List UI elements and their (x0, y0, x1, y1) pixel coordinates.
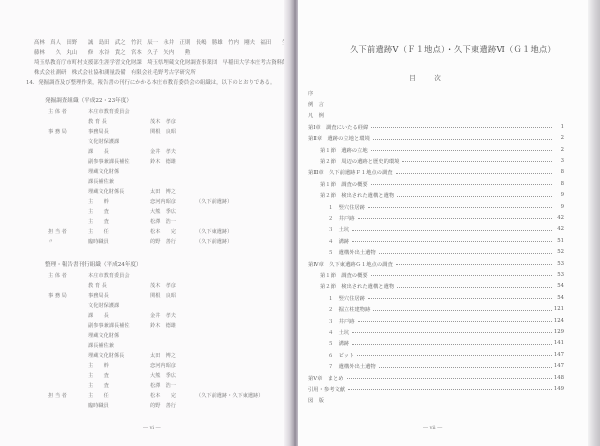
org-title: 副参事兼課長補佐 (88, 322, 130, 329)
org-role: 担 当 者 (48, 392, 67, 399)
toc-entry-label: ３ 井戸跡 (328, 317, 356, 325)
org-name: 的野 善行 (150, 402, 176, 409)
toc-entry-label: ５ 溝跡 (328, 339, 350, 347)
toc-entry-label: １ 竪穴住居跡 (328, 294, 366, 302)
org-title: 副参事兼課長補佐 (88, 158, 130, 165)
paragraph-line: 株式会社測研 株式会社協和測量設備 有限会社毛野考古学研究所 (34, 70, 196, 77)
org-name: 恋河内昭彦 (150, 362, 176, 369)
toc-entry-label: 第Ⅴ章 まとめ (308, 374, 345, 382)
page-number: ― vii ― (423, 425, 442, 431)
org-note: （久下東遺跡） (196, 228, 232, 235)
toc-leader-dots (368, 298, 552, 299)
org-name: 茂木 孝彦 (150, 282, 176, 289)
toc-entry[interactable]: ５ 溝跡141 (328, 339, 564, 348)
org-title: 課長補佐兼 (88, 342, 114, 349)
toc-entry[interactable]: ７ 遺構外出土遺物147 (328, 362, 564, 371)
toc-entry-label: 第２節 検出された遺構と遺物 (320, 191, 395, 199)
toc-entry[interactable]: １ 竪穴住居跡9 (328, 202, 564, 211)
toc-entry[interactable]: 第Ⅲ章 久下前遺跡Ｆ１地点の調査8 (308, 168, 564, 177)
toc-entry[interactable]: 引用・参考文献149 (308, 384, 564, 393)
toc-leader-dots (347, 378, 552, 379)
toc-entry-label: １ 竪穴住居跡 (328, 203, 366, 211)
toc-leader-dots (358, 321, 552, 322)
toc-entry-page: 129 (554, 329, 564, 335)
org-title: 主 査 (88, 208, 109, 215)
toc-entry[interactable]: ３ 井戸跡124 (328, 316, 564, 325)
toc-entry-label: 第２節 周辺の遺跡と歴史的環境 (320, 157, 400, 165)
toc-entry[interactable]: ２ 掘立柱建物跡121 (328, 305, 564, 314)
org-title: 臨時職員 (88, 238, 109, 245)
toc-entry[interactable]: 第Ⅳ章 久下東遺跡Ｇ１地点の調査53 (308, 259, 564, 268)
org-title: 事務局長 (88, 292, 109, 299)
toc-leader-dots (358, 218, 553, 219)
toc-leader-dots (373, 310, 551, 311)
toc-leader-dots (397, 287, 552, 288)
left-page: 髙林 真人 田野 誠 島田 武之 竹沢 辰一 永井 正則 長嶋 勝雄 竹内 剛夫… (0, 0, 290, 446)
org-name: 鈴木 德雄 (150, 322, 176, 329)
toc-entry[interactable]: 第２節 検出された遺構と遺物9 (320, 191, 564, 200)
org-title: 主 査 (88, 382, 109, 389)
org-title: 課 長 (88, 312, 109, 319)
toc-heading: 目 次 (298, 73, 558, 82)
toc-leader-dots (373, 139, 552, 140)
toc-entry-label: ２ 井戸跡 (328, 214, 356, 222)
org-title: 主 任 (88, 392, 109, 399)
toc-entry-page: 9 (554, 192, 564, 198)
toc-leader-dots (357, 355, 552, 356)
org-name: 金井 孝夫 (150, 312, 176, 319)
toc-entry[interactable]: 第２節 周辺の遺跡と歴史的環境3 (320, 156, 564, 165)
toc-entry-page: 51 (554, 238, 564, 244)
org-name: 太田 博之 (150, 188, 176, 195)
toc-entry-label: ４ 土坑 (328, 328, 350, 336)
org-name: 恋河内昭彦 (150, 198, 176, 205)
toc-entry[interactable]: ４ 溝跡51 (328, 236, 564, 245)
toc-entry-page: 121 (554, 306, 564, 312)
org-title: 文化財保護課 (88, 138, 119, 145)
toc-entry-page: 8 (554, 181, 564, 187)
toc-leader-dots (371, 275, 552, 276)
toc-entry[interactable]: 第Ⅱ章 遺跡の立地と環境2 (308, 134, 564, 143)
org-title: 教 育 長 (88, 282, 107, 289)
toc-leader-dots (396, 264, 552, 265)
org-title: 本庄市教育委員会 (88, 108, 130, 115)
org-section-heading: 整理・報告書刊行組織（平成24年度） (45, 262, 142, 269)
toc-entry-page: 141 (554, 340, 564, 346)
toc-entry-page: 1 (554, 124, 564, 130)
toc-entry-label: 第１節 調査の概要 (320, 180, 369, 188)
toc-entry-label: 第１節 調査の概要 (320, 271, 369, 279)
toc-entry[interactable]: 第Ⅰ章 調査にいたる経緯1 (308, 122, 564, 131)
toc-entry-label: ７ 遺構外出土遺物 (328, 362, 377, 370)
toc-entry-label: 第Ⅰ章 調査にいたる経緯 (308, 123, 369, 131)
org-title: 主 幹 (88, 362, 109, 369)
toc-leader-dots (379, 367, 552, 368)
toc-entry-label: 図 版 (308, 396, 325, 404)
toc-entry[interactable]: 第１節 遺跡の立地2 (320, 145, 564, 154)
toc-entry-label: 例 言 (308, 100, 325, 108)
toc-entry-page: 147 (554, 363, 564, 369)
right-page-edge (588, 0, 600, 446)
org-role: 〃 (48, 238, 53, 245)
org-name: 松澤 浩一 (150, 218, 176, 225)
org-name: 大熊 季広 (150, 208, 176, 215)
org-name: 鈴木 德雄 (150, 158, 176, 165)
toc-entry-label: 凡 例 (308, 111, 325, 119)
org-title: 課 長 (88, 148, 109, 155)
org-name: 的野 善行 (150, 238, 176, 245)
toc-leader-dots (396, 173, 552, 174)
toc-entry-label: 第Ⅲ章 久下前遺跡Ｆ１地点の調査 (308, 168, 394, 176)
toc-entry-label: 序 (308, 89, 314, 97)
toc-entry-label: 第２節 検出された遺構と遺物 (320, 282, 395, 290)
toc-entry-page: 53 (554, 261, 564, 267)
org-title: 埋蔵文化財係長 (88, 352, 124, 359)
org-name: 松本 完 (150, 392, 176, 399)
org-name: 太田 博之 (150, 352, 176, 359)
org-title: 主 査 (88, 372, 109, 379)
paragraph-line: 藤林 久 丸山 修 水谷 貴之 宮本 久子 矢内 勲 (34, 50, 190, 57)
org-title: 本庄市教育委員会 (88, 272, 130, 279)
toc-entry-page: 42 (554, 226, 564, 232)
toc-entry-page: 3 (554, 158, 564, 164)
org-role: 事 務 局 (48, 292, 67, 299)
org-title: 埋蔵文化財係長 (88, 188, 124, 195)
org-role: 主 体 者 (48, 272, 67, 279)
toc-leader-dots (379, 253, 552, 254)
org-name: 松澤 浩一 (150, 382, 176, 389)
toc-entry[interactable]: 例 言 (308, 99, 564, 108)
toc-entry[interactable]: 図 版 (308, 396, 564, 405)
toc-entry[interactable]: 第１節 調査の概要53 (320, 270, 564, 279)
toc-entry-page: 2 (554, 135, 564, 141)
org-role: 主 体 者 (48, 108, 67, 115)
org-title: 教 育 長 (88, 118, 107, 125)
paragraph-line: 14．発掘調査及び整理作業，報告書の刊行にかかる本庄市教育委員会の組織は，以下の… (26, 80, 275, 87)
toc-entry-page: 8 (554, 169, 564, 175)
toc-entry-page: 148 (554, 375, 564, 381)
page-number: ― vi ― (143, 425, 161, 431)
toc-entry-label: ３ 土坑 (328, 225, 350, 233)
toc-leader-dots (368, 207, 552, 208)
toc-entry-page: 54 (554, 283, 564, 289)
org-name: 関根 良昭 (150, 292, 176, 299)
toc-entry-label: 第Ⅱ章 遺跡の立地と環境 (308, 134, 371, 142)
org-name: 大熊 季広 (150, 372, 176, 379)
toc-entry[interactable]: 第１節 調査の概要8 (320, 179, 564, 188)
toc-entry-label: ２ 掘立柱建物跡 (328, 305, 371, 313)
toc-entry[interactable]: １ 竪穴住居跡54 (328, 293, 564, 302)
toc-entry[interactable]: ２ 井戸跡42 (328, 213, 564, 222)
toc-entry[interactable]: ６ ピット147 (328, 350, 564, 359)
toc-leader-dots (348, 389, 552, 390)
org-title: 埋蔵文化財係 (88, 332, 119, 339)
paragraph-line: 髙林 真人 田野 誠 島田 武之 竹沢 辰一 永井 正則 長嶋 勝雄 竹内 剛夫… (34, 40, 287, 47)
toc-entry-label: ６ ピット (328, 351, 355, 359)
org-name: 松本 完 (150, 228, 176, 235)
toc-entry[interactable]: ４ 土坑129 (328, 327, 564, 336)
toc-entry-page: 147 (554, 352, 564, 358)
toc-entry-label: ４ 溝跡 (328, 237, 350, 245)
toc-entry-page: 52 (554, 249, 564, 255)
toc-leader-dots (371, 127, 552, 128)
org-title: 事務局長 (88, 128, 109, 135)
org-role: 担 当 者 (48, 228, 67, 235)
toc-entry[interactable]: 凡 例 (308, 111, 564, 120)
toc-entry-label: 第Ⅳ章 久下東遺跡Ｇ１地点の調査 (308, 260, 394, 268)
toc-leader-dots (371, 150, 552, 151)
toc-entry-page: 9 (554, 204, 564, 210)
toc-entry[interactable]: 第２節 検出された遺構と遺物54 (320, 282, 564, 291)
toc-leader-dots (402, 161, 552, 162)
toc-entry-page: 2 (554, 147, 564, 153)
toc-leader-dots (352, 332, 552, 333)
toc-entry-page: 53 (554, 272, 564, 278)
toc-entry-page: 124 (554, 318, 564, 324)
org-title: 埋蔵文化財係 (88, 168, 119, 175)
org-note: （久下前遺跡） (196, 238, 232, 245)
org-name: 関根 良昭 (150, 128, 176, 135)
toc-entry-label: 第１節 遺跡の立地 (320, 146, 369, 154)
org-title: 文化財保護課 (88, 302, 119, 309)
toc-leader-dots (352, 241, 552, 242)
org-note: （久下前遺跡・久下東遺跡） (196, 392, 263, 399)
org-name: 茂木 孝彦 (150, 118, 176, 125)
toc-entry-page: 54 (554, 295, 564, 301)
org-title: 臨時職員 (88, 402, 109, 409)
right-page: 久下前遺跡Ⅴ（Ｆ１地点）・久下東遺跡Ⅵ（Ｇ１地点） 目 次 序例 言凡 例第Ⅰ章… (298, 0, 600, 446)
org-title: 主 査 (88, 218, 109, 225)
toc-entry[interactable]: 第Ⅴ章 まとめ148 (308, 373, 564, 382)
paragraph-line: 埼玉県教育庁市町村支援部生涯学習文化財課 埼玉県埋蔵文化財調査事業団 早稲田大学… (34, 60, 287, 67)
toc-entry-label: ５ 遺構外出土遺物 (328, 248, 377, 256)
toc-entry-page: 42 (554, 215, 564, 221)
toc-entry-label: 引用・参考文献 (308, 385, 346, 393)
toc-leader-dots (352, 344, 552, 345)
org-note: （久下前遺跡） (196, 198, 232, 205)
toc-leader-dots (352, 230, 552, 231)
toc-leader-dots (397, 196, 552, 197)
toc-entry[interactable]: 序 (308, 88, 564, 97)
toc-entry-page: 149 (554, 386, 564, 392)
org-role: 事 務 局 (48, 128, 67, 135)
org-section-heading: 発掘調査組織（平成22・23年度） (45, 98, 132, 105)
document-title: 久下前遺跡Ⅴ（Ｆ１地点）・久下東遺跡Ⅵ（Ｇ１地点） (338, 44, 568, 55)
toc-entry[interactable]: ５ 遺構外出土遺物52 (328, 248, 564, 257)
toc-leader-dots (371, 184, 552, 185)
org-name: 金井 孝夫 (150, 148, 176, 155)
org-title: 主 任 (88, 228, 109, 235)
org-title: 課長補佐兼 (88, 178, 114, 185)
org-title: 主 幹 (88, 198, 109, 205)
toc-entry[interactable]: ３ 土坑42 (328, 225, 564, 234)
